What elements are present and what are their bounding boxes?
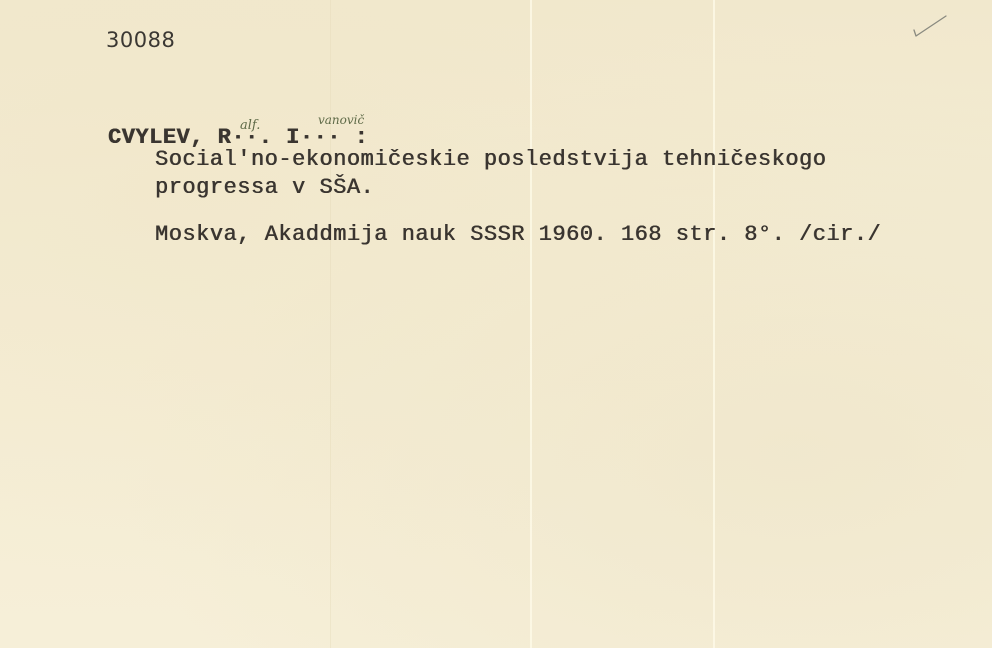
handwritten-first-name: alf.	[240, 118, 260, 133]
check-mark-icon	[908, 12, 948, 42]
title-line-1: Social'no-ekonomičeskie posledstvija teh…	[155, 147, 826, 172]
paper-streak	[530, 0, 532, 648]
paper-streak	[713, 0, 715, 648]
imprint-line: Moskva, Akaddmija nauk SSSR 1960. 168 st…	[155, 222, 881, 247]
catalog-card: 30088 CVYLEV, R··. I··· : alf. vanovič S…	[0, 0, 992, 648]
handwritten-patronymic: vanovič	[318, 113, 364, 127]
call-number: 30088	[106, 28, 175, 52]
paper-streak	[330, 0, 331, 648]
title-line-2: progressa v SŠA.	[155, 175, 374, 200]
